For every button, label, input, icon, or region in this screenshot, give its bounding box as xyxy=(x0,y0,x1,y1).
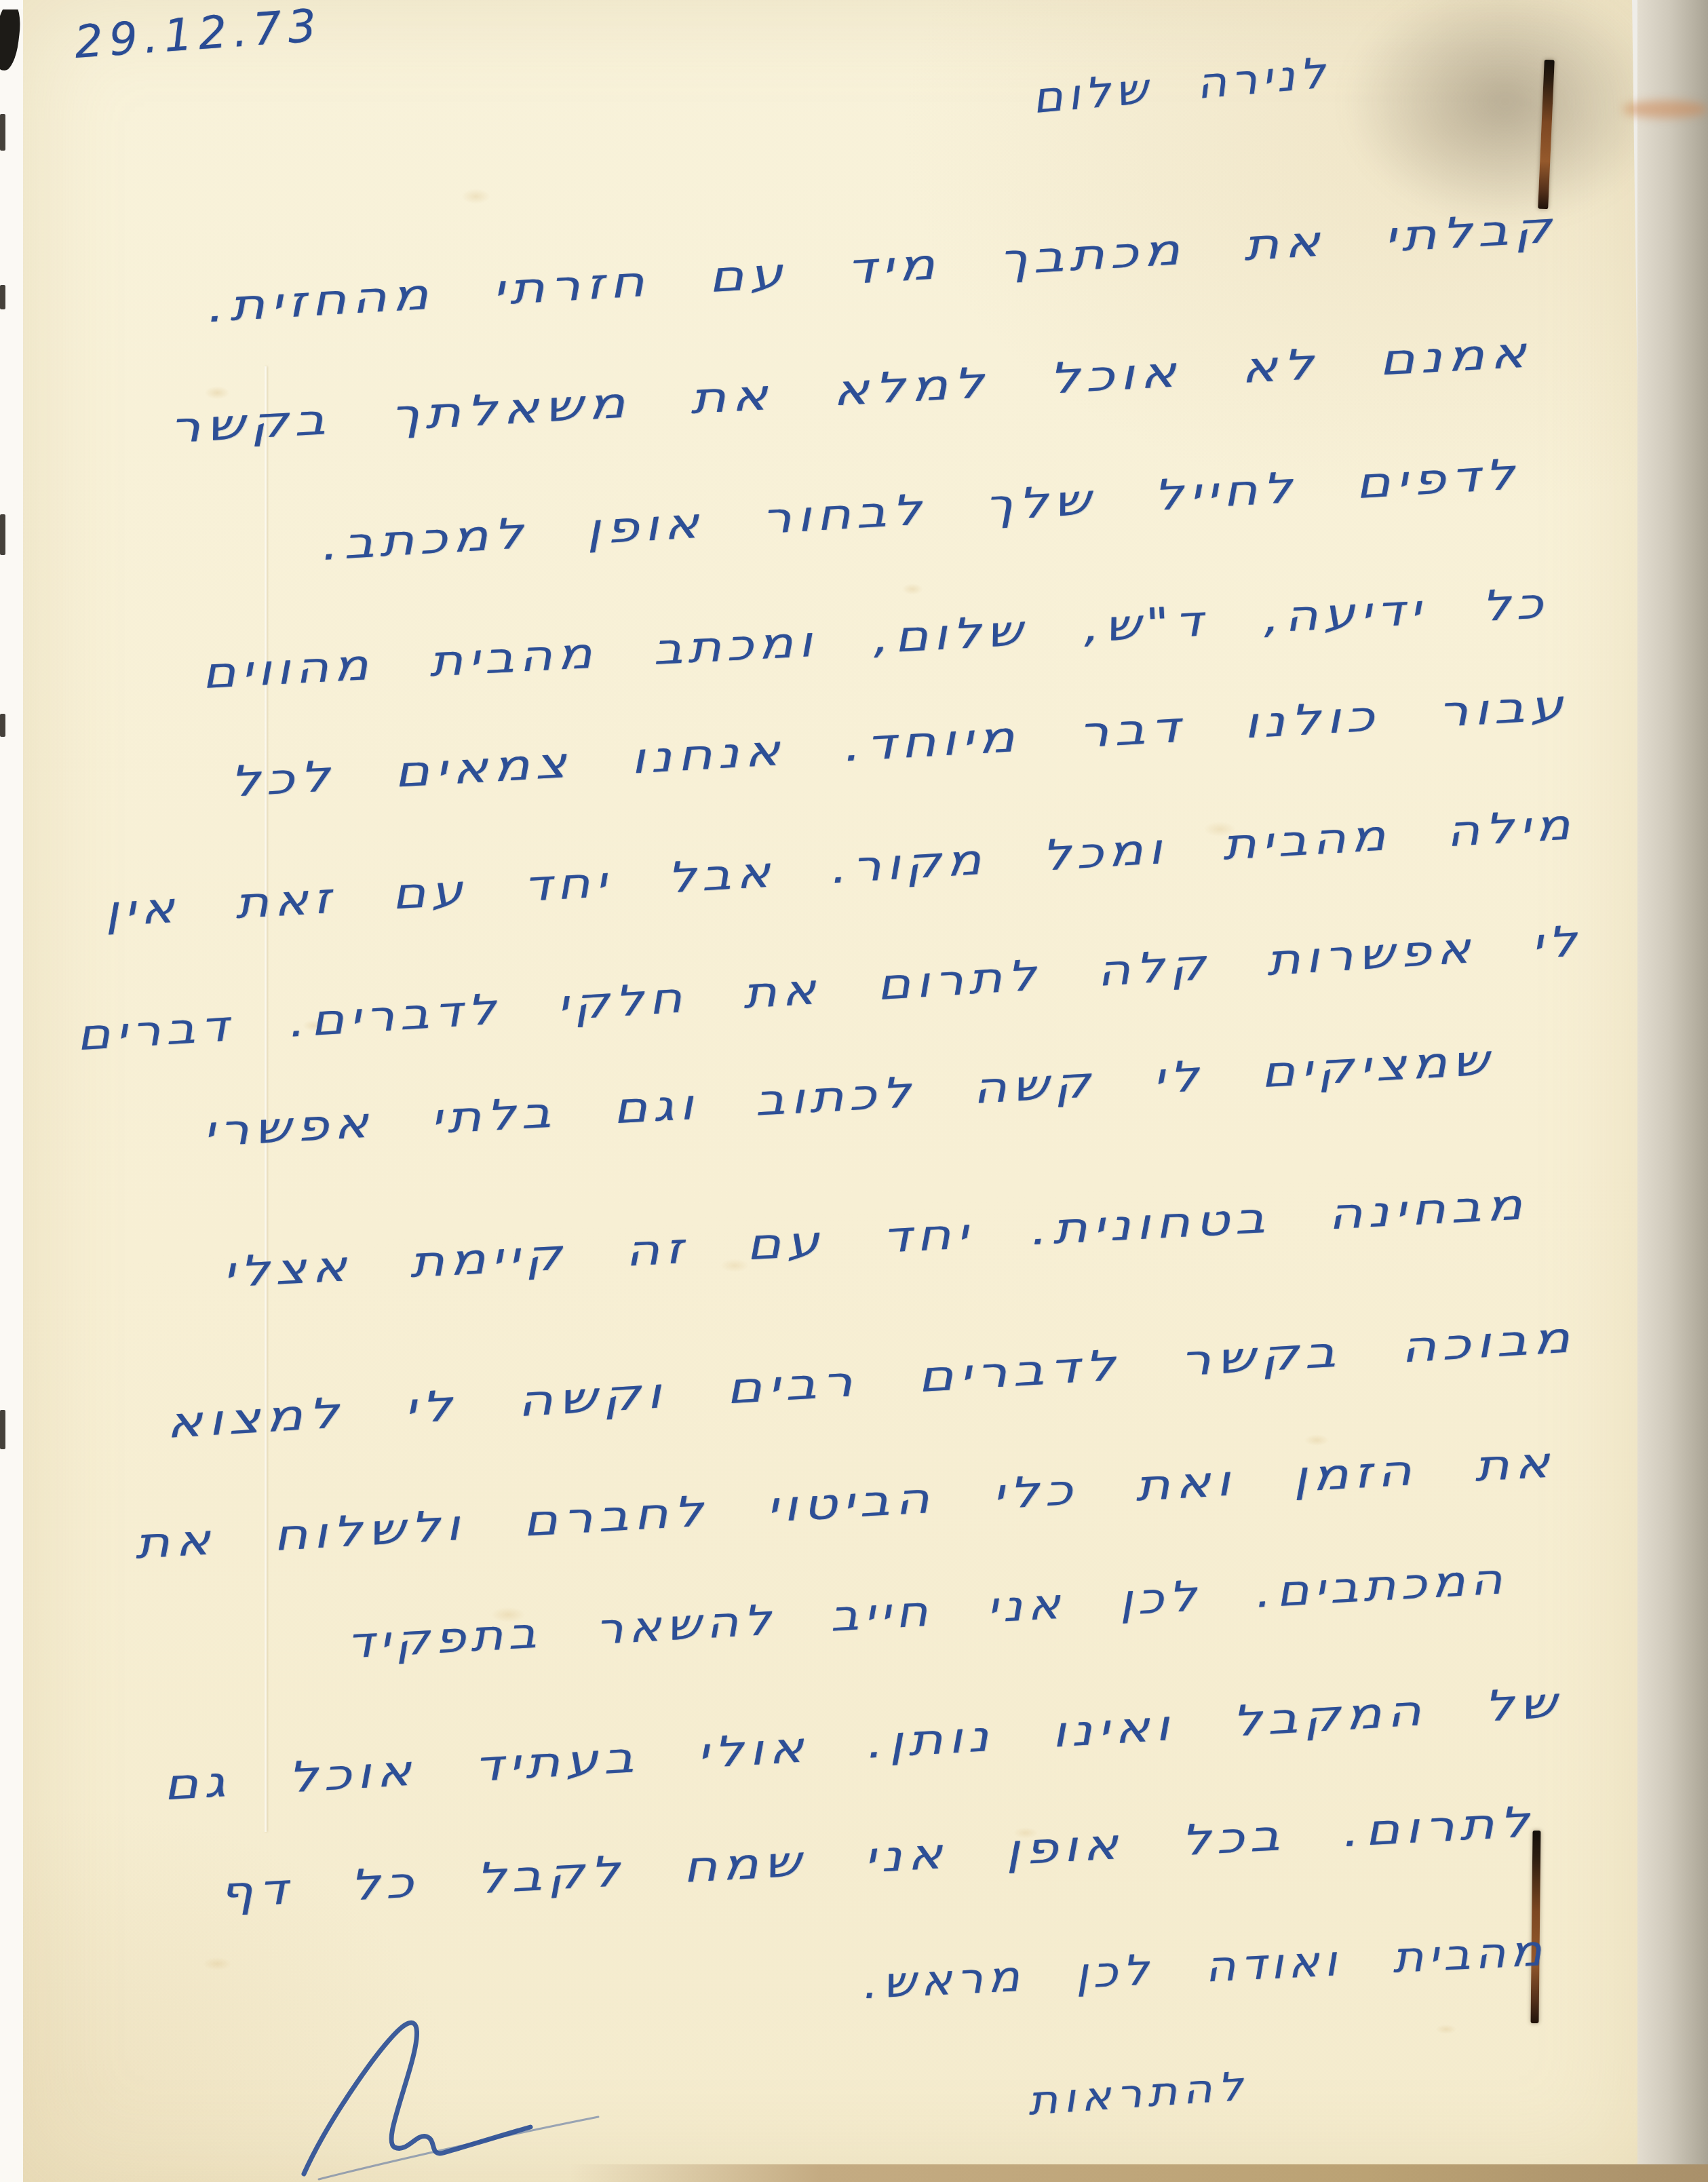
letter-date: 29.12.73 xyxy=(73,0,324,69)
body-line: שמציקים לי קשה לכתוב וגם בלתי אפשרי xyxy=(201,1035,1495,1156)
staple-shadow-smudge xyxy=(1346,0,1665,224)
body-line: עבור כולנו דבר מיוחד. אנחנו צמאים לכל xyxy=(229,680,1570,807)
letter-paper: 29.12.73 לנירה שלום קבלתי את מכתבך מיד ע… xyxy=(23,0,1640,2182)
film-edge-mark xyxy=(0,114,5,151)
body-line: לדפים לחייל שלך לבחור אופן למכתב. xyxy=(319,449,1521,570)
body-line: מבוכה בקשר לדברים רבים וקשה לי למצוא xyxy=(165,1312,1577,1448)
signature-scribble xyxy=(292,2016,617,2182)
body-line: המכתבים. לכן אני חייב להשאר בתפקיד xyxy=(346,1554,1509,1668)
letter-greeting: לנירה שלום xyxy=(1030,47,1332,123)
scan-left-margin xyxy=(0,0,24,2182)
film-edge-mark xyxy=(0,514,5,555)
body-line: מילה מהבית ומכל מקור. אבל יחד עם זאת אין xyxy=(103,799,1576,936)
body-line: מבחינה בטחונית. יחד עם זה קיימת אצלי xyxy=(222,1179,1529,1297)
film-edge-mark xyxy=(0,285,5,309)
film-edge-mark xyxy=(0,714,5,737)
scan-bottom-edge xyxy=(570,2164,1708,2182)
body-line: לתרום. בכל אופן אני שמח לקבל כל דף xyxy=(218,1797,1536,1917)
paper-crease xyxy=(265,366,267,1832)
letter-closing: להתראות xyxy=(1026,2063,1249,2124)
rust-streak xyxy=(1623,100,1708,118)
film-edge-mark xyxy=(0,1410,5,1449)
body-line: מהבית ואודה לכן מראש. xyxy=(861,1926,1547,2008)
body-line: את הזמן ואת כלי הביטוי לחברם ולשלוח את xyxy=(134,1437,1556,1569)
scanned-letter-page: { "document": { "kind": "handwritten let… xyxy=(0,0,1708,2182)
body-line: של המקבל ואינו נותן. אולי בעתיד אוכל גם xyxy=(161,1677,1563,1810)
body-line: אמנם לא אוכל למלא את משאלתך בקשר xyxy=(169,327,1533,453)
body-line: לי אפשרות קלה לתרום את חלקי לדברים. דברי… xyxy=(75,916,1583,1060)
scan-right-margin xyxy=(1637,0,1708,2182)
body-line: כל ידיעה, ד"ש, שלום, ומכתב מהבית מהווים xyxy=(201,578,1549,698)
body-line: קבלתי את מכתבך מיד עם חזרתי מהחזית. xyxy=(206,202,1558,332)
